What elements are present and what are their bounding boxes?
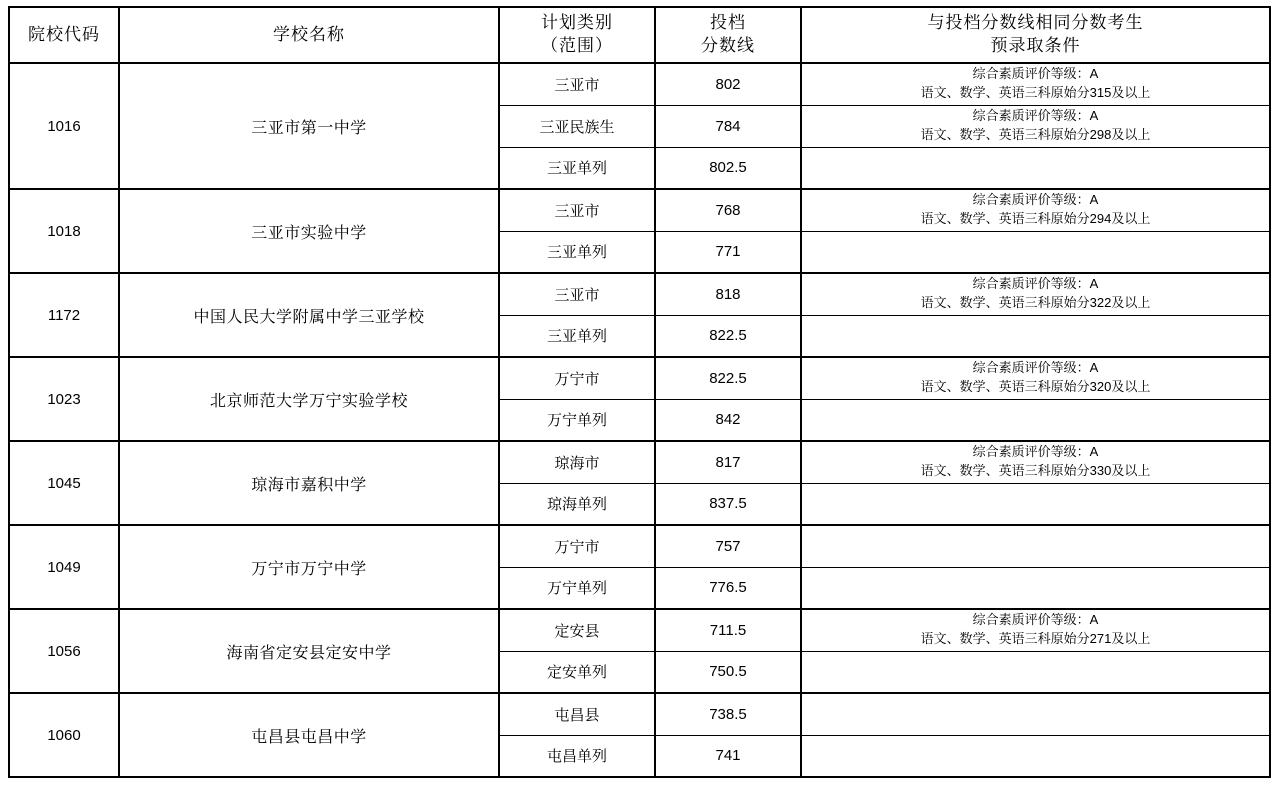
table-body: 1016三亚市第一中学三亚市802综合素质评价等级：A 语文、数学、英语三科原始… [9,63,1270,777]
admission-score-table: 院校代码 学校名称 计划类别 （范围） 投档 分数线 与投档分数线相同分数考生 … [8,6,1271,778]
school-name-cell: 三亚市实验中学 [119,189,499,273]
score-line-cell: 757 [655,525,801,567]
header-row: 院校代码 学校名称 计划类别 （范围） 投档 分数线 与投档分数线相同分数考生 … [9,7,1270,63]
admission-condition-cell [801,693,1270,735]
score-line-cell: 802 [655,63,801,105]
admission-condition-cell: 综合素质评价等级：A 语文、数学、英语三科原始分271及以上 [801,609,1270,651]
admission-condition-cell [801,525,1270,567]
column-header-school-code: 院校代码 [9,7,119,63]
plan-row: 1045琼海市嘉积中学琼海市817综合素质评价等级：A 语文、数学、英语三科原始… [9,441,1270,483]
admission-condition-cell: 综合素质评价等级：A 语文、数学、英语三科原始分294及以上 [801,189,1270,231]
score-line-cell: 818 [655,273,801,315]
school-name-cell: 万宁市万宁中学 [119,525,499,609]
score-line-cell: 711.5 [655,609,801,651]
school-code-cell: 1056 [9,609,119,693]
school-name-cell: 中国人民大学附属中学三亚学校 [119,273,499,357]
score-line-cell: 750.5 [655,651,801,693]
plan-category-cell: 三亚单列 [499,315,655,357]
column-header-condition: 与投档分数线相同分数考生 预录取条件 [801,7,1270,63]
school-name-cell: 北京师范大学万宁实验学校 [119,357,499,441]
score-line-cell: 784 [655,105,801,147]
admission-condition-cell: 综合素质评价等级：A 语文、数学、英语三科原始分315及以上 [801,63,1270,105]
admission-condition-cell: 综合素质评价等级：A 语文、数学、英语三科原始分322及以上 [801,273,1270,315]
admission-condition-cell [801,147,1270,189]
school-code-cell: 1023 [9,357,119,441]
admission-condition-cell: 综合素质评价等级：A 语文、数学、英语三科原始分320及以上 [801,357,1270,399]
score-line-cell: 822.5 [655,357,801,399]
plan-category-cell: 琼海单列 [499,483,655,525]
plan-category-cell: 三亚单列 [499,147,655,189]
table-header: 院校代码 学校名称 计划类别 （范围） 投档 分数线 与投档分数线相同分数考生 … [9,7,1270,63]
plan-row: 1172中国人民大学附属中学三亚学校三亚市818综合素质评价等级：A 语文、数学… [9,273,1270,315]
plan-row: 1060屯昌县屯昌中学屯昌县738.5 [9,693,1270,735]
plan-category-cell: 定安县 [499,609,655,651]
plan-row: 1018三亚市实验中学三亚市768综合素质评价等级：A 语文、数学、英语三科原始… [9,189,1270,231]
score-line-cell: 771 [655,231,801,273]
admission-condition-cell [801,399,1270,441]
column-header-school-name: 学校名称 [119,7,499,63]
score-line-cell: 768 [655,189,801,231]
score-line-cell: 817 [655,441,801,483]
admission-condition-cell [801,483,1270,525]
plan-category-cell: 万宁市 [499,357,655,399]
score-line-cell: 822.5 [655,315,801,357]
score-line-cell: 837.5 [655,483,801,525]
plan-category-cell: 琼海市 [499,441,655,483]
school-code-cell: 1045 [9,441,119,525]
plan-category-cell: 三亚市 [499,189,655,231]
admission-condition-cell [801,651,1270,693]
plan-category-cell: 万宁市 [499,525,655,567]
plan-category-cell: 万宁单列 [499,399,655,441]
plan-category-cell: 万宁单列 [499,567,655,609]
plan-row: 1023北京师范大学万宁实验学校万宁市822.5综合素质评价等级：A 语文、数学… [9,357,1270,399]
plan-row: 1056海南省定安县定安中学定安县711.5综合素质评价等级：A 语文、数学、英… [9,609,1270,651]
plan-category-cell: 屯昌县 [499,693,655,735]
school-code-cell: 1060 [9,693,119,777]
score-line-cell: 802.5 [655,147,801,189]
school-name-cell: 三亚市第一中学 [119,63,499,189]
column-header-plan-category: 计划类别 （范围） [499,7,655,63]
score-line-cell: 842 [655,399,801,441]
plan-category-cell: 定安单列 [499,651,655,693]
plan-category-cell: 三亚单列 [499,231,655,273]
plan-category-cell: 三亚民族生 [499,105,655,147]
plan-category-cell: 三亚市 [499,63,655,105]
admission-condition-cell: 综合素质评价等级：A 语文、数学、英语三科原始分330及以上 [801,441,1270,483]
admission-condition-cell [801,231,1270,273]
admission-condition-cell [801,735,1270,777]
school-name-cell: 屯昌县屯昌中学 [119,693,499,777]
school-code-cell: 1018 [9,189,119,273]
plan-category-cell: 屯昌单列 [499,735,655,777]
document-page: 院校代码 学校名称 计划类别 （范围） 投档 分数线 与投档分数线相同分数考生 … [0,0,1280,778]
score-line-cell: 741 [655,735,801,777]
score-line-cell: 776.5 [655,567,801,609]
school-code-cell: 1016 [9,63,119,189]
plan-row: 1049万宁市万宁中学万宁市757 [9,525,1270,567]
score-line-cell: 738.5 [655,693,801,735]
admission-condition-cell [801,315,1270,357]
column-header-score-line: 投档 分数线 [655,7,801,63]
admission-condition-cell: 综合素质评价等级：A 语文、数学、英语三科原始分298及以上 [801,105,1270,147]
plan-row: 1016三亚市第一中学三亚市802综合素质评价等级：A 语文、数学、英语三科原始… [9,63,1270,105]
plan-category-cell: 三亚市 [499,273,655,315]
school-code-cell: 1049 [9,525,119,609]
school-code-cell: 1172 [9,273,119,357]
school-name-cell: 海南省定安县定安中学 [119,609,499,693]
school-name-cell: 琼海市嘉积中学 [119,441,499,525]
admission-condition-cell [801,567,1270,609]
